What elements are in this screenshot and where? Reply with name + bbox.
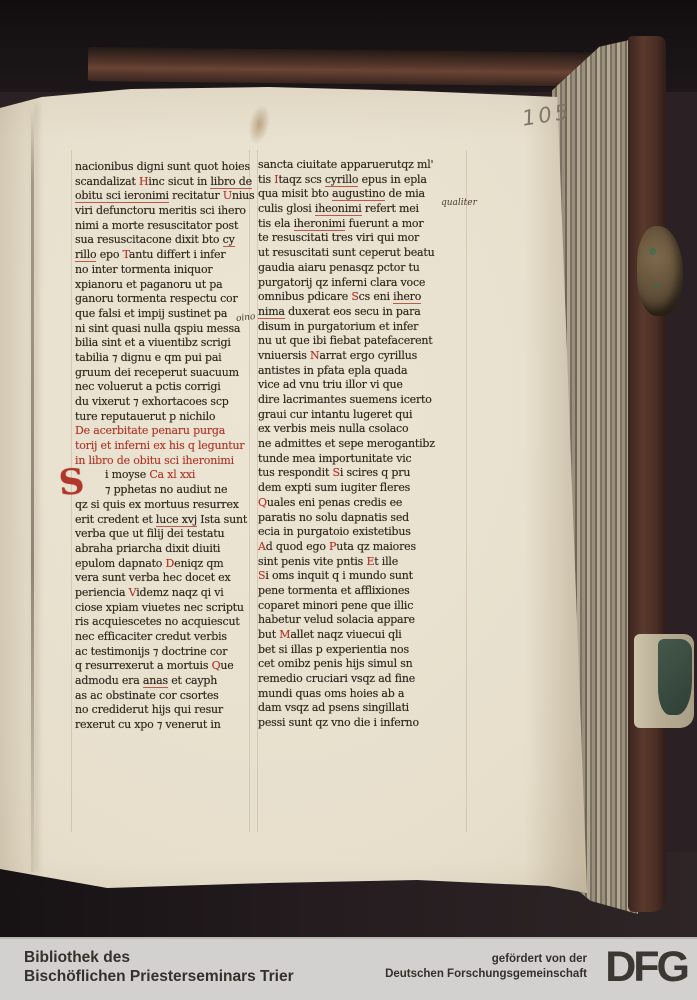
manuscript-line: habetur velud solacia appare [258,613,470,628]
funding-credit-line1: gefördert von der [385,952,587,967]
manuscript-line: De acerbitate penaru purga [75,424,257,439]
manuscript-line: nec voluerut a pctis corrigi [75,380,257,395]
manuscript-line: admodu era anas et cayph [75,674,257,689]
funding-credit-line2: Deutschen Forschungsgemeinschaft [385,967,587,982]
manuscript-line: tis Itaqz scs cyrillo epus in epla [258,173,470,188]
manuscript-line: remedio cruciari vsqz ad fine [258,672,470,687]
manuscript-line: but Mallet naqz viuecui qli [258,628,470,643]
manuscript-line: vera sunt verba hec docet ex [75,571,257,586]
manuscript-line: nec efficaciter credut verbis [75,630,257,645]
manuscript-line: ⁊ pphetas no audiut ne [75,483,257,498]
manuscript-line: tus respondit Si scires q pru [258,466,470,481]
manuscript-line: sint penis vite pntis Et ille [258,555,470,570]
manuscript-line: rexerut cu xpo ⁊ venerut in [75,718,257,733]
manuscript-line: vniuersis Narrat ergo cyrillus [258,349,470,364]
manuscript-line: q resurrexerut a mortuis Que [75,659,257,674]
manuscript-line: i moyse Ca xl xxi [75,468,257,483]
manuscript-line: que falsi et impij sustinet pa [75,307,257,322]
manuscript-line: ne admittes et sepe merogantibz [258,437,470,452]
footer-banner: Bibliothek des Bischöflichen Priestersem… [0,937,697,1000]
manuscript-line: scandalizat Hinc sicut in libro de [75,175,257,190]
manuscript-line: dem expti sum iugiter fleres [258,481,470,496]
gutter-crease [31,104,34,872]
text-column-right: sancta ciuitate apparuerutqz ml'tis Itaq… [258,158,470,731]
manuscript-line: ac testimonijs ⁊ doctrine cor [75,645,257,660]
manuscript-line: in libro de obitu sci iheronimi [75,454,257,469]
manuscript-line: Quales eni penas credis ee [258,496,470,511]
manuscript-line: vice ad vnu triu illor vi que [258,378,470,393]
manuscript-line: ganoru tormenta respectu cor [75,292,257,307]
manuscript-line: torij et inferni ex his q leguntur [75,439,257,454]
manuscript-line: ni sint quasi nulla qspiu messa [75,322,257,337]
manuscript-line: viri defunctoru meritis sci ihero [75,204,257,219]
text-column-left: nacionibus digni sunt quot hoiesscandali… [75,160,257,733]
clasp-strap [634,634,694,728]
metal-clasp-boss [637,226,683,316]
manuscript-line: nu ut que ibi fiebat patefacerent [258,334,470,349]
manuscript-line: epulom dapnato Deniqz qm [75,557,257,572]
manuscript-line: ut resuscitati sunt ceperut beatu [258,246,470,261]
manuscript-line: rillo epo Tantu differt i infer [75,248,257,263]
manuscript-line: verba que ut filij dei testatu [75,527,257,542]
manuscript-line: bilia sint et a viuentibz scrigi [75,336,257,351]
manuscript-line: qua misit bto augustino de mia [258,187,470,202]
manuscript-line: cet omibz penis hijs simul sn [258,657,470,672]
manuscript-line: no crediderut hijs qui resur [75,703,257,718]
manuscript-line: coparet minori pene que illic [258,599,470,614]
manuscript-line: sua resuscitacone dixit bto cy [75,233,257,248]
book-cover-right-edge [628,36,666,912]
library-name: Bibliothek des Bischöflichen Priestersem… [24,948,294,986]
library-name-line1: Bibliothek des [24,948,294,967]
manuscript-line: paratis no solu dapnatis sed [258,511,470,526]
manuscript-line: no inter tormenta iniquor [75,263,257,278]
manuscript-line: tis ela iheronimi fuerunt a mor [258,217,470,232]
manuscript-line: gruum dei receperut suacuum [75,366,257,381]
manuscript-line: obitu sci ieronimi recitatur Unius [75,189,257,204]
manuscript-line: disum in purgatorium et infer [258,320,470,335]
manuscript-line: xpianoru et paganoru ut pa [75,278,257,293]
manuscript-line: du vixerut ⁊ exhortacoes scp [75,395,257,410]
decorated-initial: S [57,461,86,504]
manuscript-line: dam vsqz ad psens singillati [258,701,470,716]
manuscript-line: nacionibus digni sunt quot hoies [75,160,257,175]
manuscript-line: as ac obstinate cor csortes [75,689,257,704]
manuscript-line: pessi sunt qz vno die i inferno [258,716,470,731]
marginal-note: qualiter [441,198,477,208]
dfg-logo: DFG [605,943,687,992]
manuscript-line: omnibus pdicare Scs eni ihero [258,290,470,305]
manuscript-line: pene tormenta et afflixiones [258,584,470,599]
manuscript-line: abraha priarcha dixit diuiti [75,542,257,557]
manuscript-line: periencia Videmz naqz qi vi [75,586,257,601]
manuscript-line: graui cur intantu lugeret qui [258,408,470,423]
manuscript-line: purgatorij qz inferni clara voce [258,276,470,291]
manuscript-line: antistes in pfata epla quada [258,364,470,379]
manuscript-line: ecia in purgatoio existetibus [258,525,470,540]
manuscript-line: ciose xpiam viuetes nec scriptu [75,601,257,616]
manuscript-line: te resuscitati tres viri qui mor [258,231,470,246]
manuscript-line: Ad quod ego Puta qz maiores [258,540,470,555]
book-cover-top-edge [88,47,644,87]
manuscript-line: gaudia aiaru penasqz pctor tu [258,261,470,276]
manuscript-line: nima duxerat eos secu in para [258,305,470,320]
manuscript-line: ris acquiescetes no acquiescut [75,615,257,630]
manuscript-line: sancta ciuitate apparuerutqz ml' [258,158,470,173]
manuscript-line: ex verbis meis nulla csolaco [258,422,470,437]
manuscript-line: mundi quas oms hoies ab a [258,687,470,702]
funding-credit: gefördert von der Deutschen Forschungsge… [385,952,587,981]
manuscript-line: nimi a morte resuscitator post [75,219,257,234]
manuscript-line: dire lacrimantes suemens icerto [258,393,470,408]
manuscript-line: tabilia ⁊ dignu e qm pui pai [75,351,257,366]
manuscript-line: bet si illas p experientia nos [258,643,470,658]
manuscript-line: tunde mea importunitate vic [258,452,470,467]
manuscript-line: qz si quis ex mortuus resurrex [75,498,257,513]
manuscript-line: erit credent et luce xvj Ista sunt [75,513,257,528]
manuscript-line: Si oms inquit q i mundo sunt [258,569,470,584]
library-name-line2: Bischöflichen Priesterseminars Trier [24,967,294,986]
manuscript-photo: 105 nacionibus digni sunt quot hoiesscan… [0,0,697,1000]
manuscript-line: ture reputauerut p nichilo [75,410,257,425]
manuscript-line: culis glosi iheonimi refert mei [258,202,470,217]
